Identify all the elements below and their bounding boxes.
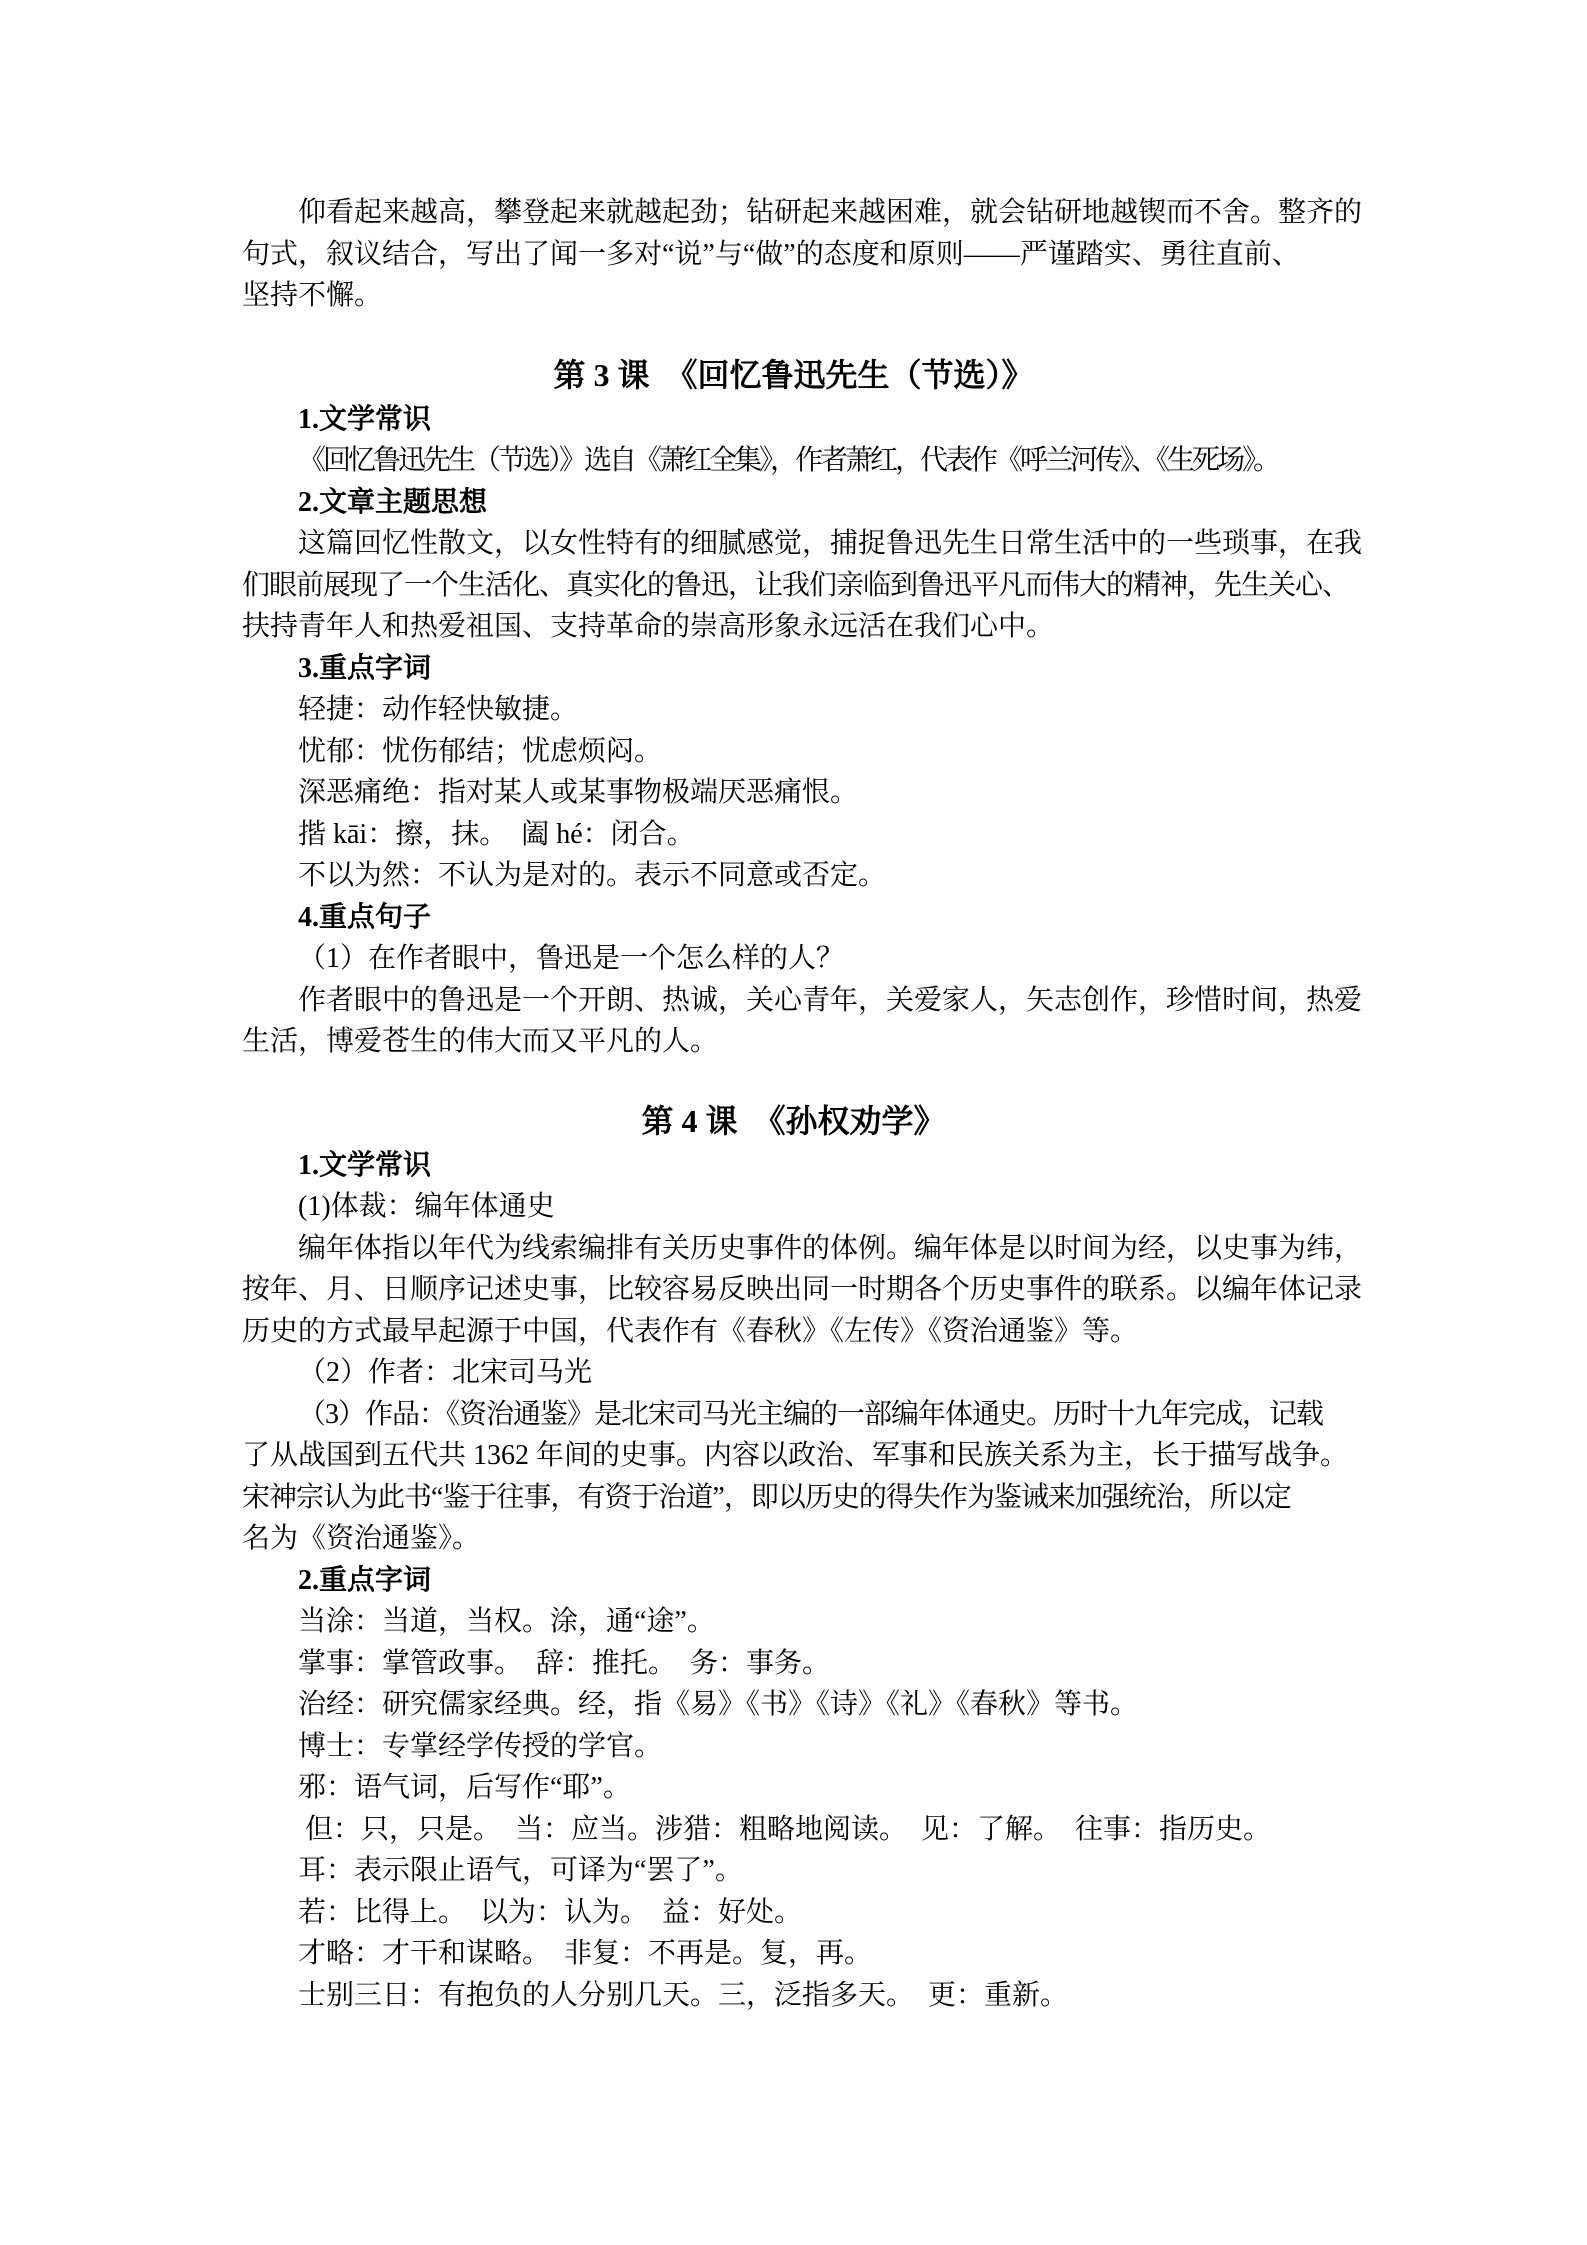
text-line: 坚持不懈。 [242, 275, 1345, 317]
text-line: 仰看起来越高，攀登起来就越起劲；钻研起来越困难，就会钻研地越锲而不舍。整齐的 [242, 192, 1345, 234]
text-line: 当涂：当道，当权。涂，通“途”。 [242, 1601, 1345, 1643]
text-line: 了从战国到五代共 1362 年间的史事。内容以政治、军事和民族关系为主，长于描写… [242, 1435, 1345, 1477]
subheading: 1.文学常识 [242, 399, 1345, 441]
text-line: 轻捷：动作轻快敏捷。 [242, 689, 1345, 731]
text-line: 名为《资治通鉴》。 [242, 1518, 1345, 1560]
text-line: 编年体指以年代为线索编排有关历史事件的体例。编年体是以时间为经，以史事为纬， [242, 1228, 1345, 1270]
text-line: 掌事：掌管政事。 辞：推托。 务：事务。 [242, 1643, 1345, 1685]
text-line: 耳：表示限止语气，可译为“罢了”。 [242, 1850, 1345, 1892]
text-line: 士别三日：有抱负的人分别几天。三，泛指多天。 更：重新。 [242, 1975, 1345, 2017]
text-line: 句式，叙议结合，写出了闻一多对“说”与“做”的态度和原则——严谨踏实、勇往直前、 [242, 234, 1345, 276]
subheading: 4.重点句子 [242, 897, 1345, 939]
text-line: 邪：语气词，后写作“耶”。 [242, 1767, 1345, 1809]
text-line: （2）作者：北宋司马光 [242, 1352, 1345, 1394]
text-line: 们眼前展现了一个生活化、真实化的鲁迅，让我们亲临到鲁迅平凡而伟大的精神，先生关心… [242, 565, 1345, 607]
text-line: 这篇回忆性散文，以女性特有的细腻感觉，捕捉鲁迅先生日常生活中的一些琐事，在我 [242, 523, 1345, 565]
text-line: 博士：专掌经学传授的学官。 [242, 1726, 1345, 1768]
text-line: 忧郁：忧伤郁结；忧虑烦闷。 [242, 731, 1345, 773]
subheading: 2.文章主题思想 [242, 482, 1345, 524]
text-line: 扶持青年人和热爱祖国、支持革命的崇高形象永远活在我们心中。 [242, 606, 1345, 648]
text-line: 若：比得上。 以为：认为。 益：好处。 [242, 1892, 1345, 1934]
text-line: 按年、月、日顺序记述史事，比较容易反映出同一时期各个历史事件的联系。以编年体记录 [242, 1269, 1345, 1311]
text-line: 揩 kāi：擦，抹。 阖 hé：闭合。 [242, 814, 1345, 856]
text-line: (1)体裁：编年体通史 [242, 1186, 1345, 1228]
text-line: 宋神宗认为此书“鉴于往事，有资于治道”，即以历史的得失作为鉴诫来加强统治，所以定 [242, 1477, 1345, 1519]
subheading: 2.重点字词 [242, 1560, 1345, 1602]
text-line: 《回忆鲁迅先生（节选）》选自《萧红全集》，作者萧红，代表作《呼兰河传》、《生死场… [242, 440, 1345, 482]
text-line: 作者眼中的鲁迅是一个开朗、热诚，关心青年，关爱家人，矢志创作，珍惜时间，热爱 [242, 980, 1345, 1022]
text-line: （1）在作者眼中，鲁迅是一个怎么样的人？ [242, 938, 1345, 980]
document-page: 仰看起来越高，攀登起来就越起劲；钻研起来越困难，就会钻研地越锲而不舍。整齐的句式… [0, 0, 1587, 2245]
text-line: （3）作品：《资治通鉴》是北宋司马光主编的一部编年体通史。历时十九年完成，记载 [242, 1394, 1345, 1436]
text-line: 深恶痛绝：指对某人或某事物极端厌恶痛恨。 [242, 772, 1345, 814]
course-heading: 第 4 课 《孙权劝学》 [242, 1097, 1345, 1145]
course-heading: 第 3 课 《回忆鲁迅先生（节选）》 [242, 351, 1345, 399]
text-line: 才略：才干和谋略。 非复：不再是。复，再。 [242, 1933, 1345, 1975]
text-line: 但：只，只是。 当：应当。涉猎：粗略地阅读。 见：了解。 往事：指历史。 [242, 1809, 1345, 1851]
subheading: 1.文学常识 [242, 1145, 1345, 1187]
subheading: 3.重点字词 [242, 648, 1345, 690]
text-line: 历史的方式最早起源于中国，代表作有《春秋》《左传》《资治通鉴》等。 [242, 1311, 1345, 1353]
text-line: 治经：研究儒家经典。经，指《易》《书》《诗》《礼》《春秋》等书。 [242, 1684, 1345, 1726]
document-body: 仰看起来越高，攀登起来就越起劲；钻研起来越困难，就会钻研地越锲而不舍。整齐的句式… [242, 192, 1345, 2016]
text-line: 生活，博爱苍生的伟大而又平凡的人。 [242, 1021, 1345, 1063]
text-line: 不以为然：不认为是对的。表示不同意或否定。 [242, 855, 1345, 897]
